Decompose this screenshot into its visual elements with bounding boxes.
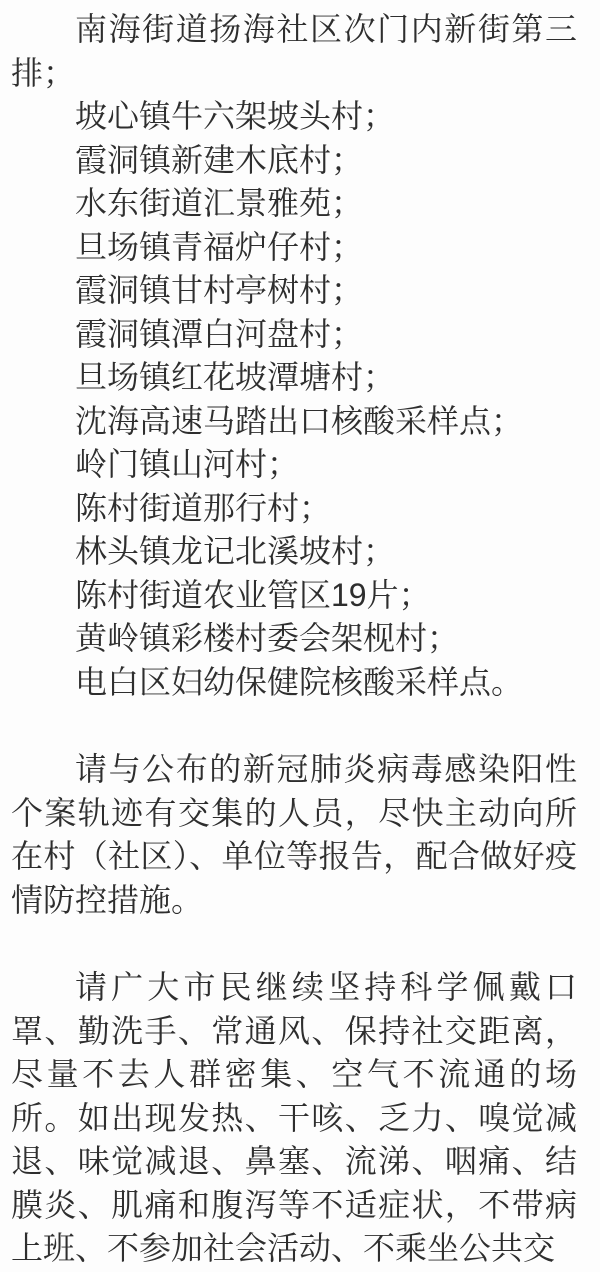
location-item: 岭门镇山河村； [11,443,577,487]
location-item: 林头镇龙记北溪坡村； [11,530,577,574]
location-item: 霞洞镇潭白河盘村； [11,313,577,357]
location-item: 电白区妇幼保健院核酸采样点。 [11,661,577,705]
notice-paragraph: 请与公布的新冠肺炎病毒感染阳性个案轨迹有交集的人员，尽快主动向所在村（社区）、单… [11,748,577,922]
location-item: 水东街道汇景雅苑； [11,182,577,226]
location-item: 黄岭镇彩楼村委会架枧村； [11,617,577,661]
location-item: 旦场镇青福炉仔村； [11,226,577,270]
location-item: 旦场镇红花坡潭塘村； [11,356,577,400]
location-item: 南海街道扬海社区次门内新街第三排； [11,8,577,95]
location-item: 陈村街道农业管区19片； [11,574,577,618]
location-item: 霞洞镇甘村亭树村； [11,269,577,313]
location-item: 霞洞镇新建木底村； [11,139,577,183]
location-item: 陈村街道那行村； [11,487,577,531]
location-item: 坡心镇牛六架坡头村； [11,95,577,139]
notice-paragraph: 请广大市民继续坚持科学佩戴口罩、勤洗手、常通风、保持社交距离，尽量不去人群密集、… [11,966,577,1271]
notice-article: 南海街道扬海社区次门内新街第三排； 坡心镇牛六架坡头村； 霞洞镇新建木底村； 水… [0,0,600,1271]
location-item: 沈海高速马踏出口核酸采样点； [11,400,577,444]
